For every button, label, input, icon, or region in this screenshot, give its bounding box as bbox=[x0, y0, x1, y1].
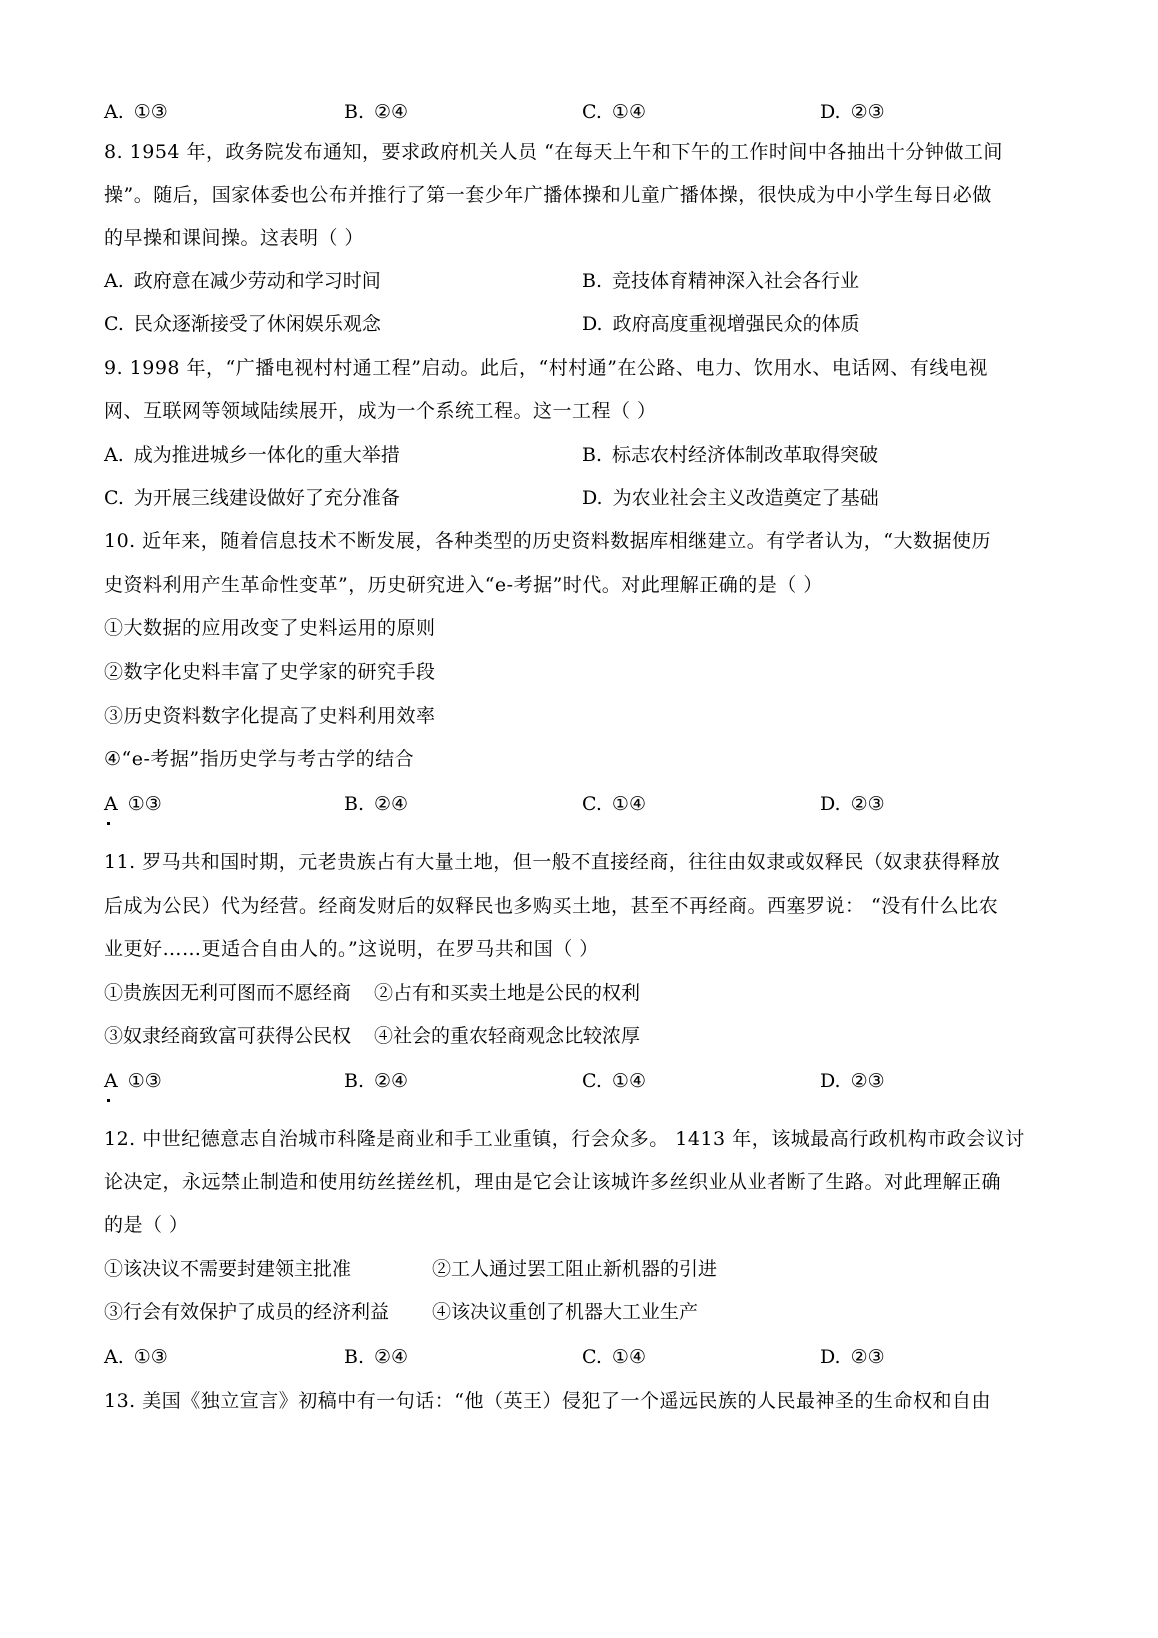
q12-option-a: A.①③ bbox=[104, 1345, 168, 1369]
q12-stem-line-2: 论决定，永远禁止制造和使用纺丝搓丝机，理由是它会让该城许多丝织业从业者断了生路。… bbox=[104, 1170, 1001, 1194]
q13-stem-line-1: 13. 美国《独立宣言》初稿中有一句话：“他（英王）侵犯了一个遥远民族的人民最神… bbox=[104, 1389, 991, 1413]
q12-option-b: B.②④ bbox=[344, 1345, 408, 1369]
q12-statements-row-2: ③行会有效保护了成员的经济利益 ④该决议重创了机器大工业生产 bbox=[104, 1300, 1024, 1324]
q10-option-d: D.②③ bbox=[820, 792, 885, 816]
q11-stem-line-3: 业更好……更适合自由人的。”这说明，在罗马共和国（ ） bbox=[104, 937, 599, 961]
stray-dot-mark bbox=[107, 822, 110, 825]
q11-option-d: D.②③ bbox=[820, 1069, 885, 1093]
q12-statement-3: ③行会有效保护了成员的经济利益 bbox=[104, 1300, 389, 1324]
q11-statements-row-1: ①贵族因无利可图而不愿经商 ②占有和买卖土地是公民的权利 bbox=[104, 981, 1024, 1005]
q11-options: A①③ B.②④ C.①④ D.②③ bbox=[104, 1069, 1024, 1093]
q12-option-c: C.①④ bbox=[582, 1345, 646, 1369]
q8-option-c: C.民众逐渐接受了休闲娱乐观念 bbox=[104, 312, 381, 336]
q12-options: A.①③ B.②④ C.①④ D.②③ bbox=[104, 1345, 1024, 1369]
q8-stem-line-1: 8. 1954 年，政务院发布通知，要求政府机关人员 “在每天上午和下午的工作时… bbox=[104, 140, 1003, 164]
q11-statement-2: ②占有和买卖土地是公民的权利 bbox=[374, 981, 640, 1005]
q12-stem-line-1: 12. 中世纪德意志自治城市科隆是商业和手工业重镇，行会众多。 1413 年，该… bbox=[104, 1127, 1025, 1151]
q7-option-a: A.①③ bbox=[104, 100, 168, 124]
exam-page: A.①③ B.②④ C.①④ D.②③ 8. 1954 年，政务院发布通知，要求… bbox=[0, 0, 1158, 1638]
q10-statement-1: ①大数据的应用改变了史料运用的原则 bbox=[104, 616, 436, 640]
q11-option-c: C.①④ bbox=[582, 1069, 646, 1093]
q10-stem-line-2: 史资料利用产生革命性变革”，历史研究进入“e-考据”时代。对此理解正确的是（ ） bbox=[104, 573, 823, 597]
q10-option-b: B.②④ bbox=[344, 792, 408, 816]
q7-option-c: C.①④ bbox=[582, 100, 646, 124]
q12-stem-line-3: 的是（ ） bbox=[104, 1213, 189, 1237]
q9-option-b: B.标志农村经济体制改革取得突破 bbox=[582, 443, 878, 467]
q9-options-row-2: C.为开展三线建设做好了充分准备 D.为农业社会主义改造奠定了基础 bbox=[104, 486, 1024, 510]
q8-stem-line-2: 操”。随后，国家体委也公布并推行了第一套少年广播体操和儿童广播体操，很快成为中小… bbox=[104, 183, 992, 207]
q10-statement-4: ④“e-考据”指历史学与考古学的结合 bbox=[104, 747, 414, 771]
q10-options: A①③ B.②④ C.①④ D.②③ bbox=[104, 792, 1024, 816]
q8-options-row-2: C.民众逐渐接受了休闲娱乐观念 D.政府高度重视增强民众的体质 bbox=[104, 312, 1024, 336]
q10-option-c: C.①④ bbox=[582, 792, 646, 816]
q8-option-b: B.竞技体育精神深入社会各行业 bbox=[582, 269, 859, 293]
q7-options: A.①③ B.②④ C.①④ D.②③ bbox=[104, 100, 1024, 124]
q12-statement-4: ④该决议重创了机器大工业生产 bbox=[432, 1300, 698, 1324]
q12-statement-1: ①该决议不需要封建领主批准 bbox=[104, 1257, 351, 1281]
q9-options-row-1: A.成为推进城乡一体化的重大举措 B.标志农村经济体制改革取得突破 bbox=[104, 443, 1024, 467]
q11-statement-1: ①贵族因无利可图而不愿经商 bbox=[104, 981, 351, 1005]
q8-stem-line-3: 的早操和课间操。这表明（ ） bbox=[104, 226, 364, 250]
q8-option-d: D.政府高度重视增强民众的体质 bbox=[582, 312, 860, 336]
q10-option-a: A①③ bbox=[104, 792, 162, 816]
q9-option-a: A.成为推进城乡一体化的重大举措 bbox=[104, 443, 400, 467]
q11-statement-3: ③奴隶经商致富可获得公民权 bbox=[104, 1024, 351, 1048]
q8-options-row-1: A.政府意在减少劳动和学习时间 B.竞技体育精神深入社会各行业 bbox=[104, 269, 1024, 293]
q12-statements-row-1: ①该决议不需要封建领主批准 ②工人通过罢工阻止新机器的引进 bbox=[104, 1257, 1024, 1281]
q11-statements-row-2: ③奴隶经商致富可获得公民权 ④社会的重农轻商观念比较浓厚 bbox=[104, 1024, 1024, 1048]
q8-option-a: A.政府意在减少劳动和学习时间 bbox=[104, 269, 381, 293]
q10-statement-2: ②数字化史料丰富了史学家的研究手段 bbox=[104, 660, 436, 684]
q11-stem-line-2: 后成为公民）代为经营。经商发财后的奴释民也多购买土地，甚至不再经商。西塞罗说： … bbox=[104, 894, 998, 918]
q11-stem-line-1: 11. 罗马共和国时期，元老贵族占有大量土地，但一般不直接经商，往往由奴隶或奴释… bbox=[104, 850, 1000, 874]
q9-stem-line-2: 网、互联网等领域陆续展开，成为一个系统工程。这一工程（ ） bbox=[104, 399, 657, 423]
q7-option-b: B.②④ bbox=[344, 100, 408, 124]
q11-statement-4: ④社会的重农轻商观念比较浓厚 bbox=[374, 1024, 640, 1048]
q9-stem-line-1: 9. 1998 年，“广播电视村村通工程”启动。此后，“村村通”在公路、电力、饮… bbox=[104, 356, 988, 380]
q10-statement-3: ③历史资料数字化提高了史料利用效率 bbox=[104, 704, 436, 728]
q10-stem-line-1: 10. 近年来，随着信息技术不断发展，各种类型的历史资料数据库相继建立。有学者认… bbox=[104, 529, 991, 553]
q9-option-d: D.为农业社会主义改造奠定了基础 bbox=[582, 486, 879, 510]
q9-option-c: C.为开展三线建设做好了充分准备 bbox=[104, 486, 400, 510]
q12-option-d: D.②③ bbox=[820, 1345, 885, 1369]
q7-option-d: D.②③ bbox=[820, 100, 885, 124]
stray-dot-mark bbox=[107, 1099, 110, 1102]
q11-option-a: A①③ bbox=[104, 1069, 162, 1093]
q12-statement-2: ②工人通过罢工阻止新机器的引进 bbox=[432, 1257, 717, 1281]
q11-option-b: B.②④ bbox=[344, 1069, 408, 1093]
